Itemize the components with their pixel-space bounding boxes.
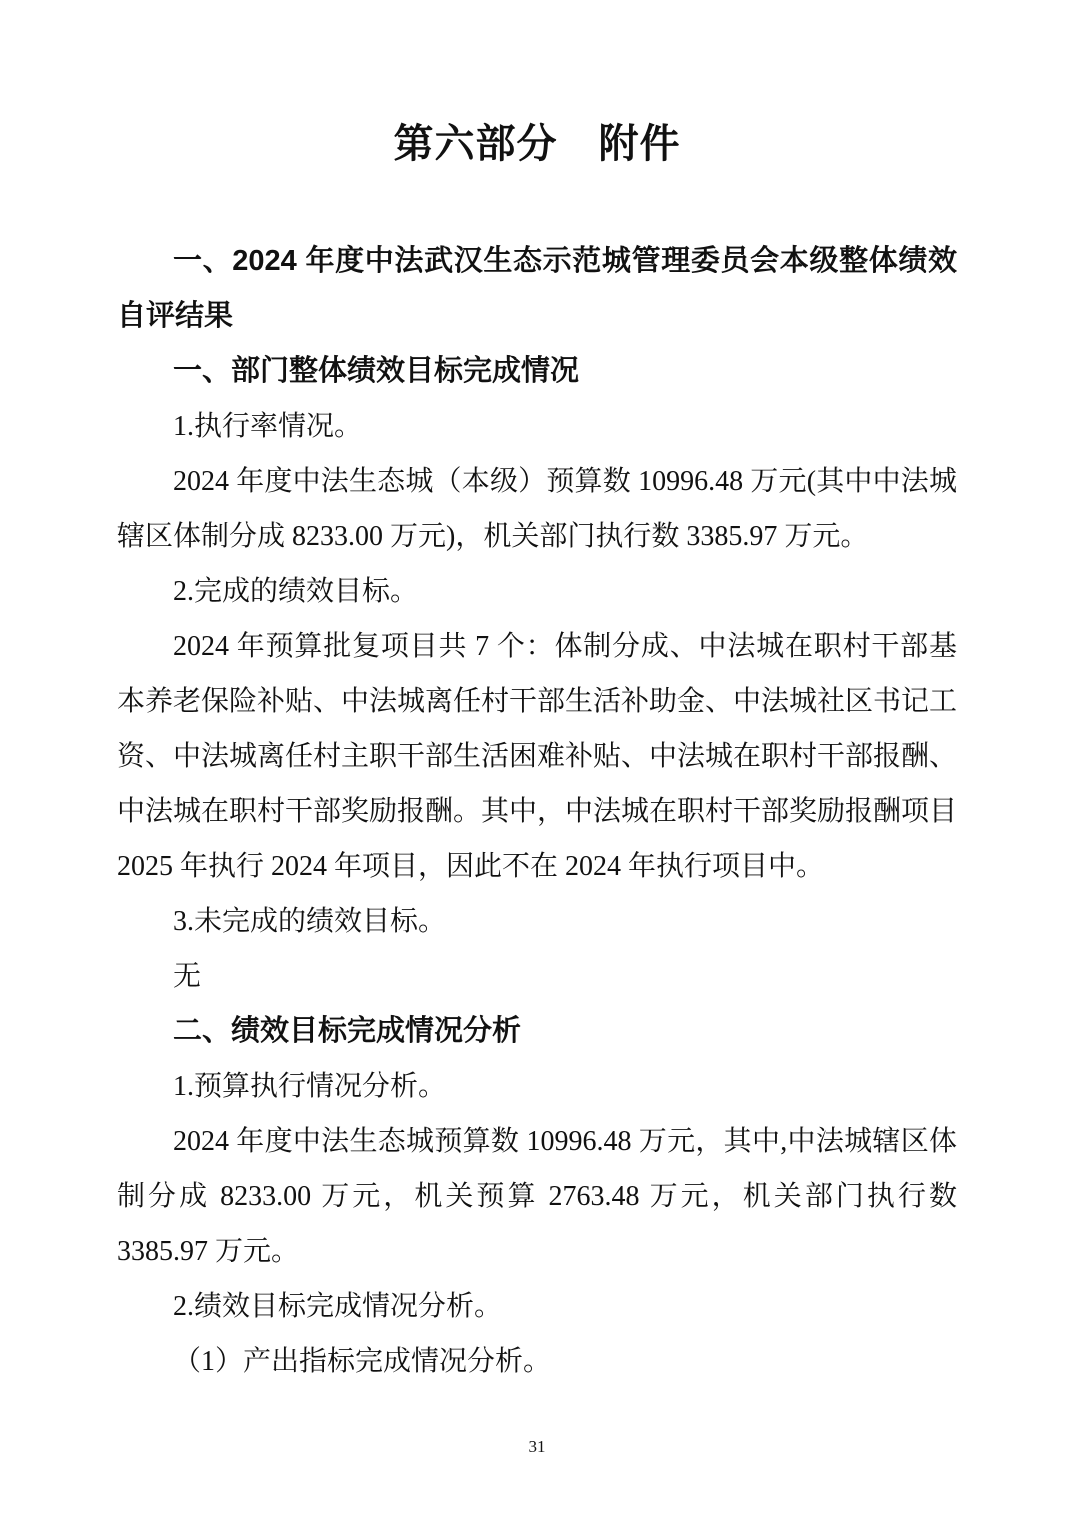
- document-page: 第六部分 附件 一、2024 年度中法武汉生态示范城管理委员会本级整体绩效自评结…: [0, 0, 1074, 1520]
- body-paragraph: 3.未完成的绩效目标。: [117, 894, 957, 949]
- section-heading: 一、部门整体绩效目标完成情况: [117, 344, 957, 399]
- body-paragraph: 2024 年预算批复项目共 7 个：体制分成、中法城在职村干部基本养老保险补贴、…: [117, 619, 957, 894]
- body-paragraph: 2.绩效目标完成情况分析。: [117, 1279, 957, 1334]
- body-paragraph: 2024 年度中法生态城预算数 10996.48 万元，其中,中法城辖区体制分成…: [117, 1114, 957, 1279]
- section-heading: 二、绩效目标完成情况分析: [117, 1004, 957, 1059]
- page-number: 31: [0, 1436, 1074, 1458]
- body-paragraph: 1.执行率情况。: [117, 399, 957, 454]
- body-paragraph: 无: [117, 949, 957, 1004]
- body-paragraph: 2024 年度中法生态城（本级）预算数 10996.48 万元(其中中法城辖区体…: [117, 454, 957, 564]
- heading-level-1: 一、2024 年度中法武汉生态示范城管理委员会本级整体绩效自评结果: [117, 234, 957, 344]
- body-paragraph: 2.完成的绩效目标。: [117, 564, 957, 619]
- body-paragraph: （1）产出指标完成情况分析。: [117, 1334, 957, 1389]
- document-body: 一、2024 年度中法武汉生态示范城管理委员会本级整体绩效自评结果一、部门整体绩…: [117, 234, 957, 1389]
- body-paragraph: 1.预算执行情况分析。: [117, 1059, 957, 1114]
- page-title: 第六部分 附件: [0, 112, 1074, 176]
